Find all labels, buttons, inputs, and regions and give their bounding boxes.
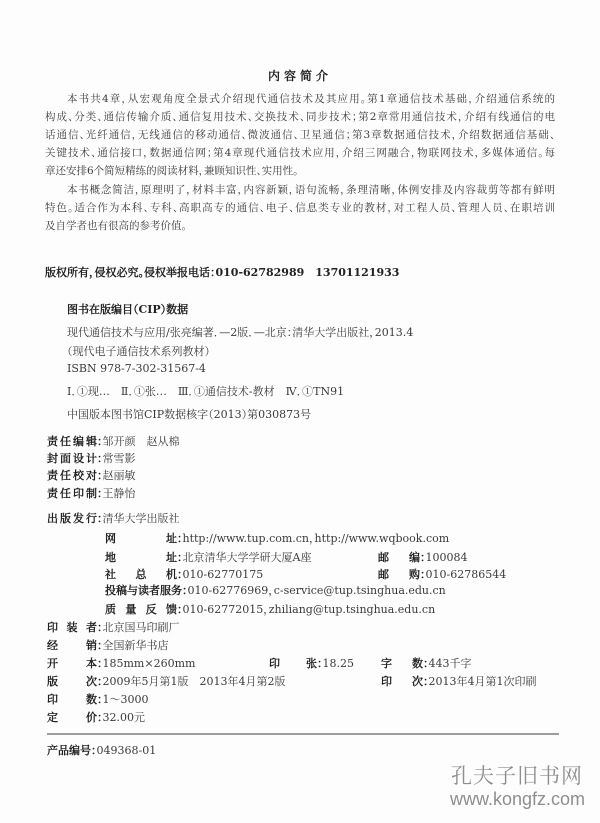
word-count-label: 字数 bbox=[381, 657, 423, 671]
printer-label: 印装者 bbox=[47, 621, 97, 635]
cip-heading: 图书在版编目（CIP）数据 bbox=[67, 303, 188, 317]
switchboard-label: 社总机 bbox=[105, 568, 177, 582]
printer-row: 印装者：北京国马印刷厂 bbox=[47, 621, 180, 635]
quality-feedback-row: 质量反馈：010-62772015，zhiliang@tup.tsinghua.… bbox=[105, 603, 435, 617]
reader-service-label: 投稿与读者服务 bbox=[105, 584, 182, 598]
sheets-label: 印张 bbox=[269, 657, 317, 671]
divider bbox=[47, 733, 559, 735]
impression-row: 印次：2013年4月第1次印刷 bbox=[381, 675, 537, 689]
mail-order-value: 010-62786544 bbox=[426, 568, 507, 581]
distributor-value: 全国新华书店 bbox=[103, 639, 169, 652]
mail-order-row: 邮购：010-62786544 bbox=[378, 568, 506, 582]
cip-isbn: ISBN 978-7-302-31567-4 bbox=[67, 362, 206, 376]
intro-line: 章还安排6个简短精练的阅读材料，兼顾知识性、实用性。 bbox=[45, 164, 555, 178]
credit-print-supervisor: 责任印制：王静怡 bbox=[47, 487, 136, 501]
price-value: 32.00元 bbox=[103, 711, 146, 724]
switchboard-value: 010-62770175 bbox=[183, 568, 264, 581]
print-run-value: 1～3000 bbox=[103, 693, 149, 706]
intro-line: 关键技术、通信接口，数据通信网；第4章现代通信技术应用，介绍三网融合，物联网技术… bbox=[45, 146, 555, 160]
intro-line: 话通信、光纤通信，无线通信的移动通信、微波通信、卫星通信；第3章数据通信技术，介… bbox=[45, 128, 555, 142]
switchboard-row: 社总机：010-62770175 bbox=[105, 568, 263, 582]
reader-service-value: 010-62776969，c-service@tup.tsinghua.edu.… bbox=[188, 584, 446, 597]
edition-value: 2009年5月第1版 2013年4月第2版 bbox=[103, 675, 286, 688]
postcode-label: 邮编 bbox=[378, 551, 420, 565]
credit-value: 赵丽敏 bbox=[103, 469, 136, 482]
credit-value: 常雪影 bbox=[103, 452, 136, 465]
word-count-row: 字数：443千字 bbox=[381, 657, 472, 671]
price-row: 定价：32.00元 bbox=[47, 711, 145, 725]
publisher-name: 清华大学出版社 bbox=[103, 512, 180, 525]
intro-line: 本书概念简洁，原理明了，材料丰富，内容新颖，语句流畅，条理清晰，体例安排及内容裁… bbox=[45, 183, 555, 197]
sheets-row: 印张：18.25 bbox=[269, 657, 354, 671]
credit-value: 邹开颜 赵从棉 bbox=[103, 435, 180, 448]
intro-line: 及自学者也有很高的参考价值。 bbox=[45, 219, 555, 233]
impression-label: 印次 bbox=[381, 675, 423, 689]
reader-service-row: 投稿与读者服务：010-62776969，c-service@tup.tsing… bbox=[105, 584, 446, 598]
impression-value: 2013年4月第1次印刷 bbox=[429, 675, 537, 688]
product-code-label: 产品编号 bbox=[47, 744, 91, 758]
cip-line: （现代电子通信技术系列教材） bbox=[67, 345, 210, 359]
format-value: 185mm×260mm bbox=[103, 657, 196, 670]
credit-label: 责任印制 bbox=[47, 487, 97, 501]
credit-value: 王静怡 bbox=[103, 487, 136, 500]
print-run-label: 印数 bbox=[47, 693, 97, 707]
print-run-row: 印数：1～3000 bbox=[47, 693, 149, 707]
intro-line: 本书共4章，从宏观角度全景式介绍现代通信技术及其应用。第1章通信技术基础，介绍通… bbox=[45, 92, 555, 106]
section-title: 内容简介 bbox=[0, 69, 600, 83]
address-row: 地址：北京清华大学学研大厦A座 bbox=[105, 551, 311, 565]
website-value: http://www.tup.com.cn，http://www.wqbook.… bbox=[183, 532, 450, 545]
format-row: 开本：185mm×260mm bbox=[47, 657, 195, 671]
cip-line: 现代通信技术与应用/张亮编著．—2版．—北京：清华大学出版社，2013.4 bbox=[67, 326, 413, 340]
cip-classification: Ⅰ．①现… Ⅱ．①张… Ⅲ．①通信技术-教材 Ⅳ．①TN91 bbox=[67, 385, 344, 399]
cip-record-number: 中国版本图书馆CIP数据核字（2013）第030873号 bbox=[67, 408, 311, 422]
quality-feedback-value: 010-62772015，zhiliang@tup.tsinghua.edu.c… bbox=[183, 603, 436, 616]
sheets-value: 18.25 bbox=[323, 657, 355, 670]
credit-label: 封面设计 bbox=[47, 452, 97, 466]
intro-line: 特色。适合作为本科、专科、高职高专的通信、电子、信息类专业的教材，对工程人员、管… bbox=[45, 201, 555, 215]
credit-proofreader: 责任校对：赵丽敏 bbox=[47, 469, 136, 483]
watermark-url: www.kongfz.com bbox=[450, 788, 584, 810]
website-label: 网址 bbox=[105, 532, 177, 546]
address-label: 地址 bbox=[105, 551, 177, 565]
copyright-page: 内容简介 本书共4章，从宏观角度全景式介绍现代通信技术及其应用。第1章通信技术基… bbox=[0, 0, 600, 823]
credit-label: 责任校对 bbox=[47, 469, 97, 483]
intro-line: 构成、分类、通信传输介质、通信复用技术、交换技术、同步技术；第2章常用通信技术，… bbox=[45, 110, 555, 124]
product-code-row: 产品编号：049368-01 bbox=[47, 744, 156, 758]
printer-value: 北京国马印刷厂 bbox=[103, 621, 180, 634]
mail-order-label: 邮购 bbox=[378, 568, 420, 582]
watermark-name: 孔夫子旧书网 bbox=[450, 764, 584, 788]
postcode-value: 100084 bbox=[426, 551, 468, 564]
credit-cover-design: 封面设计：常雪影 bbox=[47, 452, 136, 466]
address-value: 北京清华大学学研大厦A座 bbox=[183, 551, 312, 564]
publisher-row: 出版发行：清华大学出版社 bbox=[47, 512, 180, 526]
edition-row: 版次：2009年5月第1版 2013年4月第2版 bbox=[47, 675, 285, 689]
copyright-notice: 版权所有，侵权必究。侵权举报电话：010-62782989 1370112193… bbox=[45, 266, 399, 280]
price-label: 定价 bbox=[47, 711, 97, 725]
distributor-label: 经销 bbox=[47, 639, 97, 653]
distributor-row: 经销：全国新华书店 bbox=[47, 639, 169, 653]
format-label: 开本 bbox=[47, 657, 97, 671]
publisher-label: 出版发行 bbox=[47, 512, 97, 526]
edition-label: 版次 bbox=[47, 675, 97, 689]
website-row: 网址：http://www.tup.com.cn，http://www.wqbo… bbox=[105, 532, 449, 546]
word-count-value: 443千字 bbox=[429, 657, 472, 670]
credit-editor: 责任编辑：邹开颜 赵从棉 bbox=[47, 435, 180, 449]
postcode-row: 邮编：100084 bbox=[378, 551, 468, 565]
product-code-value: 049368-01 bbox=[97, 744, 157, 757]
credit-label: 责任编辑 bbox=[47, 435, 97, 449]
quality-feedback-label: 质量反馈 bbox=[105, 603, 177, 617]
